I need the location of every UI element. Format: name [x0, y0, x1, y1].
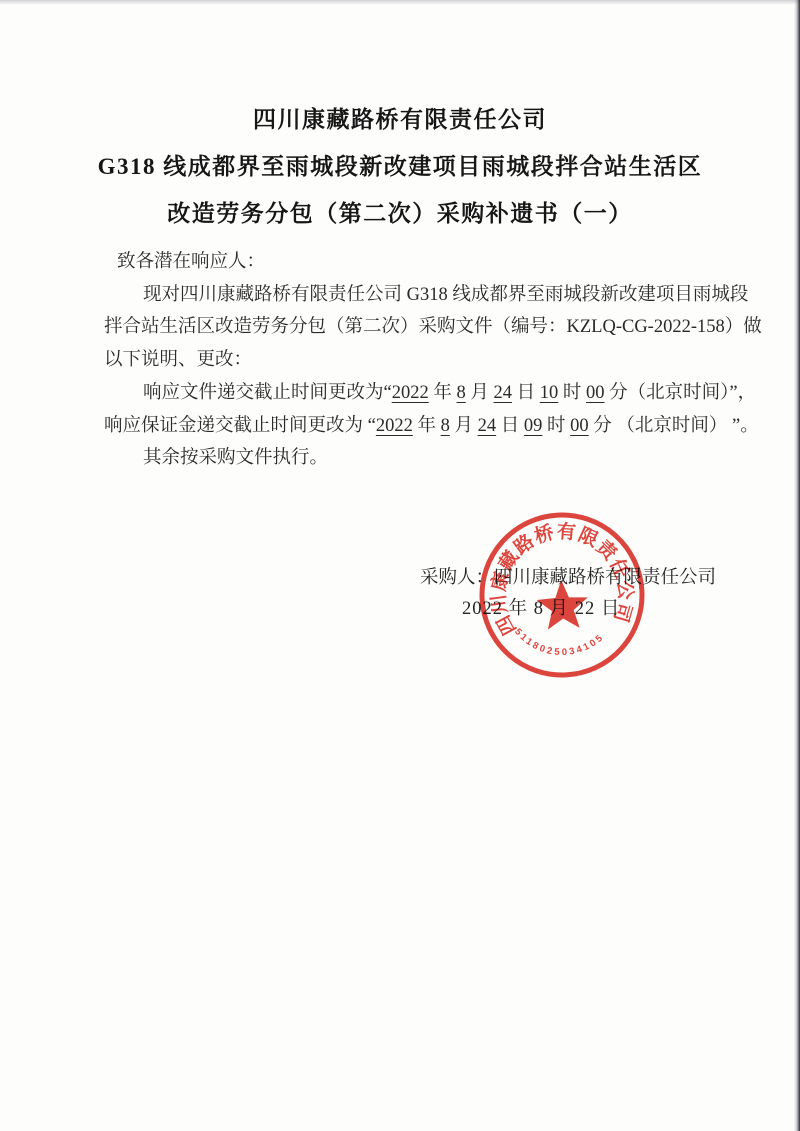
underlined-month: 8 [456, 383, 465, 403]
text-segment: 分（北京时间）”， [605, 383, 757, 403]
scan-edge-top [0, 0, 800, 5]
underlined-day: 24 [478, 416, 497, 436]
salutation-line: 致各潜在响应人： [104, 246, 696, 279]
change-line-2: 响应保证金递交截止时间更改为 “2022 年 8 月 24 日 09 时 00 … [104, 410, 696, 443]
document-title: 四川康藏路桥有限责任公司 G318 线成都界至雨城段新改建项目雨城段拌合站生活区… [0, 96, 800, 237]
title-line-2: G318 线成都界至雨城段新改建项目雨城段拌合站生活区 [0, 143, 800, 190]
stamp-serial: 5118025034105 [512, 622, 608, 661]
underlined-hour: 10 [540, 383, 559, 403]
underlined-month: 8 [441, 416, 450, 436]
underlined-day: 24 [494, 383, 513, 403]
text-segment: 月 [450, 416, 478, 436]
text-segment: 日 [496, 416, 524, 436]
document-body: 致各潜在响应人： 现对四川康藏路桥有限责任公司 G318 线成都界至雨城段新改建… [104, 246, 696, 475]
underlined-year: 2022 [376, 416, 413, 436]
document-page: 四川康藏路桥有限责任公司 G318 线成都界至雨城段新改建项目雨城段拌合站生活区… [0, 0, 800, 1131]
title-line-1: 四川康藏路桥有限责任公司 [0, 96, 800, 143]
underlined-minute: 00 [586, 383, 605, 403]
text-segment: 年 [429, 383, 457, 403]
text-segment: 年 [413, 416, 441, 436]
date-line: 2022 年 8 月 22 日 [462, 594, 620, 620]
underlined-year: 2022 [392, 383, 429, 403]
text-segment: 分 （北京时间） ”。 [589, 416, 759, 436]
intro-line-2: 拌合站生活区改造劳务分包（第二次）采购文件（编号：KZLQ-CG-2022-15… [104, 311, 696, 344]
title-line-3: 改造劳务分包（第二次）采购补遗书（一） [0, 190, 800, 237]
text-segment: 日 [512, 383, 540, 403]
underlined-hour: 09 [524, 416, 543, 436]
text-segment: 响应保证金递交截止时间更改为 “ [104, 416, 376, 436]
text-segment: 月 [466, 383, 494, 403]
intro-line-1: 现对四川康藏路桥有限责任公司 G318 线成都界至雨城段新改建项目雨城段 [104, 279, 696, 312]
underlined-minute: 00 [570, 416, 589, 436]
text-segment: 时 [542, 416, 570, 436]
buyer-line: 采购人：四川康藏路桥有限责任公司 [420, 563, 716, 589]
text-segment: 响应文件递交截止时间更改为“ [143, 383, 392, 403]
closing-line: 其余按采购文件执行。 [104, 442, 696, 475]
text-segment: 时 [558, 383, 586, 403]
intro-line-3: 以下说明、更改： [104, 344, 696, 377]
change-line-1: 响应文件递交截止时间更改为“2022 年 8 月 24 日 10 时 00 分（… [104, 377, 696, 410]
